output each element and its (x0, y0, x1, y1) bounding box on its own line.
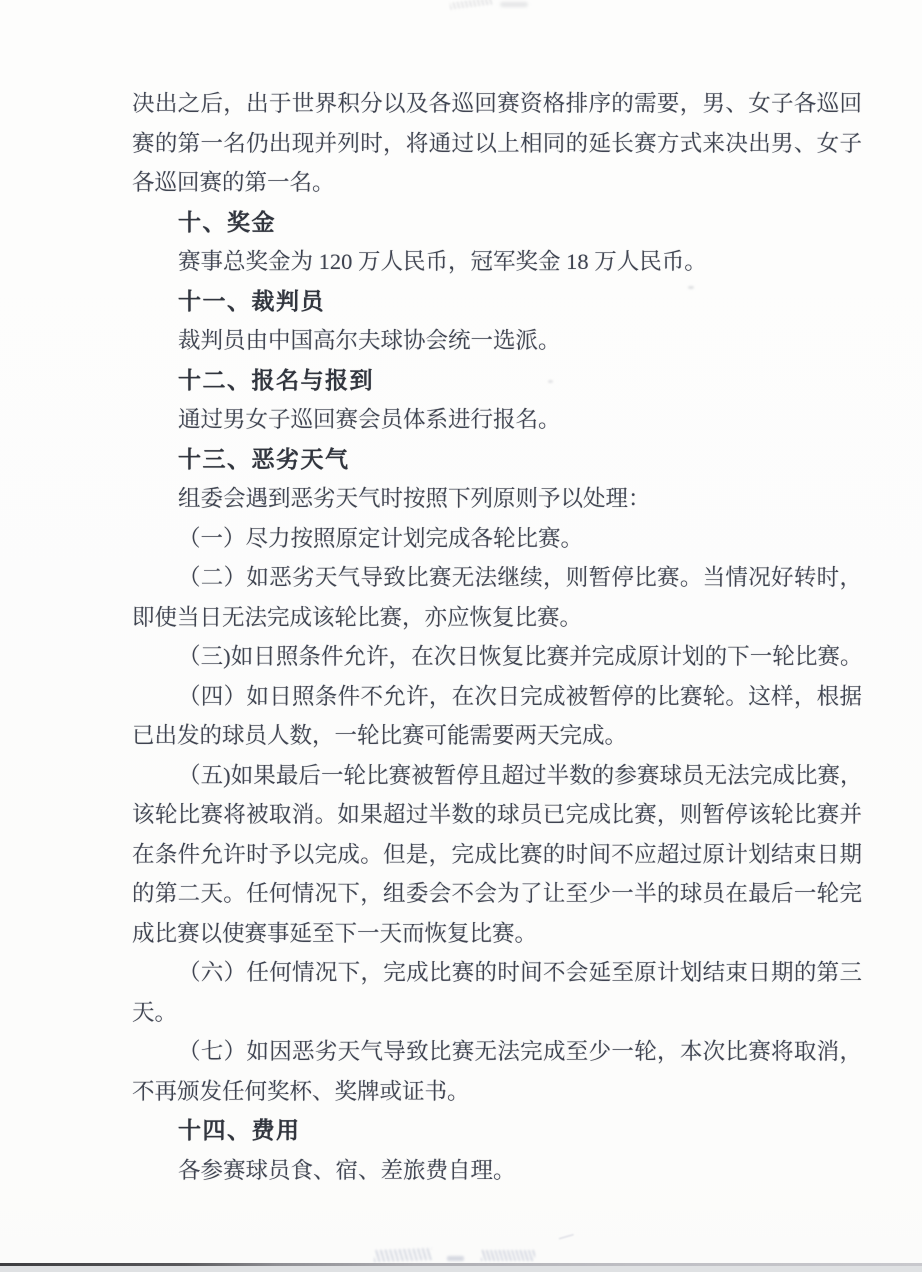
text-line: 组委会遇到恶劣天气时按照下列原则予以处理： (132, 479, 862, 519)
section-heading: 十三、恶劣天气 (132, 440, 862, 480)
text-line: （三)如日照条件允许，在次日恢复比赛并完成原计划的下一轮比赛。 (132, 637, 862, 677)
text-line: 各参赛球员食、宿、差旅费自理。 (132, 1151, 862, 1191)
text-line: （一）尽力按照原定计划完成各轮比赛。 (132, 519, 862, 559)
text-line: 裁判员由中国高尔夫球协会统一选派。 (132, 321, 862, 361)
text-line: 天。 (132, 993, 862, 1033)
text-line: 通过男女子巡回赛会员体系进行报名。 (132, 400, 862, 440)
text-line: 各巡回赛的第一名。 (132, 163, 862, 203)
text-line: 已出发的球员人数，一轮比赛可能需要两天完成。 (132, 716, 862, 756)
section-heading: 十二、报名与报到 (132, 361, 862, 401)
section-heading: 十四、费用 (132, 1111, 862, 1151)
text-line: （五)如果最后一轮比赛被暂停且超过半数的参赛球员无法完成比赛， (132, 756, 862, 796)
text-line: 赛的第一名仍出现并列时，将通过以上相同的延长赛方式来决出男、女子 (132, 124, 862, 164)
scanned-document: { "page": { "background_color": "#fcfcfb… (0, 0, 922, 1272)
section-heading: 十、奖金 (132, 203, 862, 243)
text-line: 赛事总奖金为 120 万人民币，冠军奖金 18 万人民币。 (132, 242, 862, 282)
text-line: 的第二天。任何情况下，组委会不会为了让至少一半的球员在最后一轮完 (132, 874, 862, 914)
text-line: （七）如因恶劣天气导致比赛无法完成至少一轮，本次比赛将取消， (132, 1032, 862, 1072)
text-line: 成比赛以使赛事延至下一天而恢复比赛。 (132, 914, 862, 954)
document-page: 决出之后，出于世界积分以及各巡回赛资格排序的需要，男、女子各巡回赛的第一名仍出现… (132, 84, 862, 1190)
text-line: 即使当日无法完成该轮比赛，亦应恢复比赛。 (132, 598, 862, 638)
text-line: 该轮比赛将被取消。如果超过半数的球员已完成比赛，则暂停该轮比赛并 (132, 795, 862, 835)
text-line: 决出之后，出于世界积分以及各巡回赛资格排序的需要，男、女子各巡回 (132, 84, 862, 124)
text-line: （四）如日照条件不允许，在次日完成被暂停的比赛轮。这样，根据 (132, 677, 862, 717)
text-line: （六）任何情况下，完成比赛的时间不会延至原计划结束日期的第三 (132, 953, 862, 993)
text-line: （二）如恶劣天气导致比赛无法继续，则暂停比赛。当情况好转时， (132, 558, 862, 598)
text-line: 在条件允许时予以完成。但是，完成比赛的时间不应超过原计划结束日期 (132, 835, 862, 875)
text-line: 不再颁发任何奖杯、奖牌或证书。 (132, 1072, 862, 1112)
section-heading: 十一、裁判员 (132, 282, 862, 322)
